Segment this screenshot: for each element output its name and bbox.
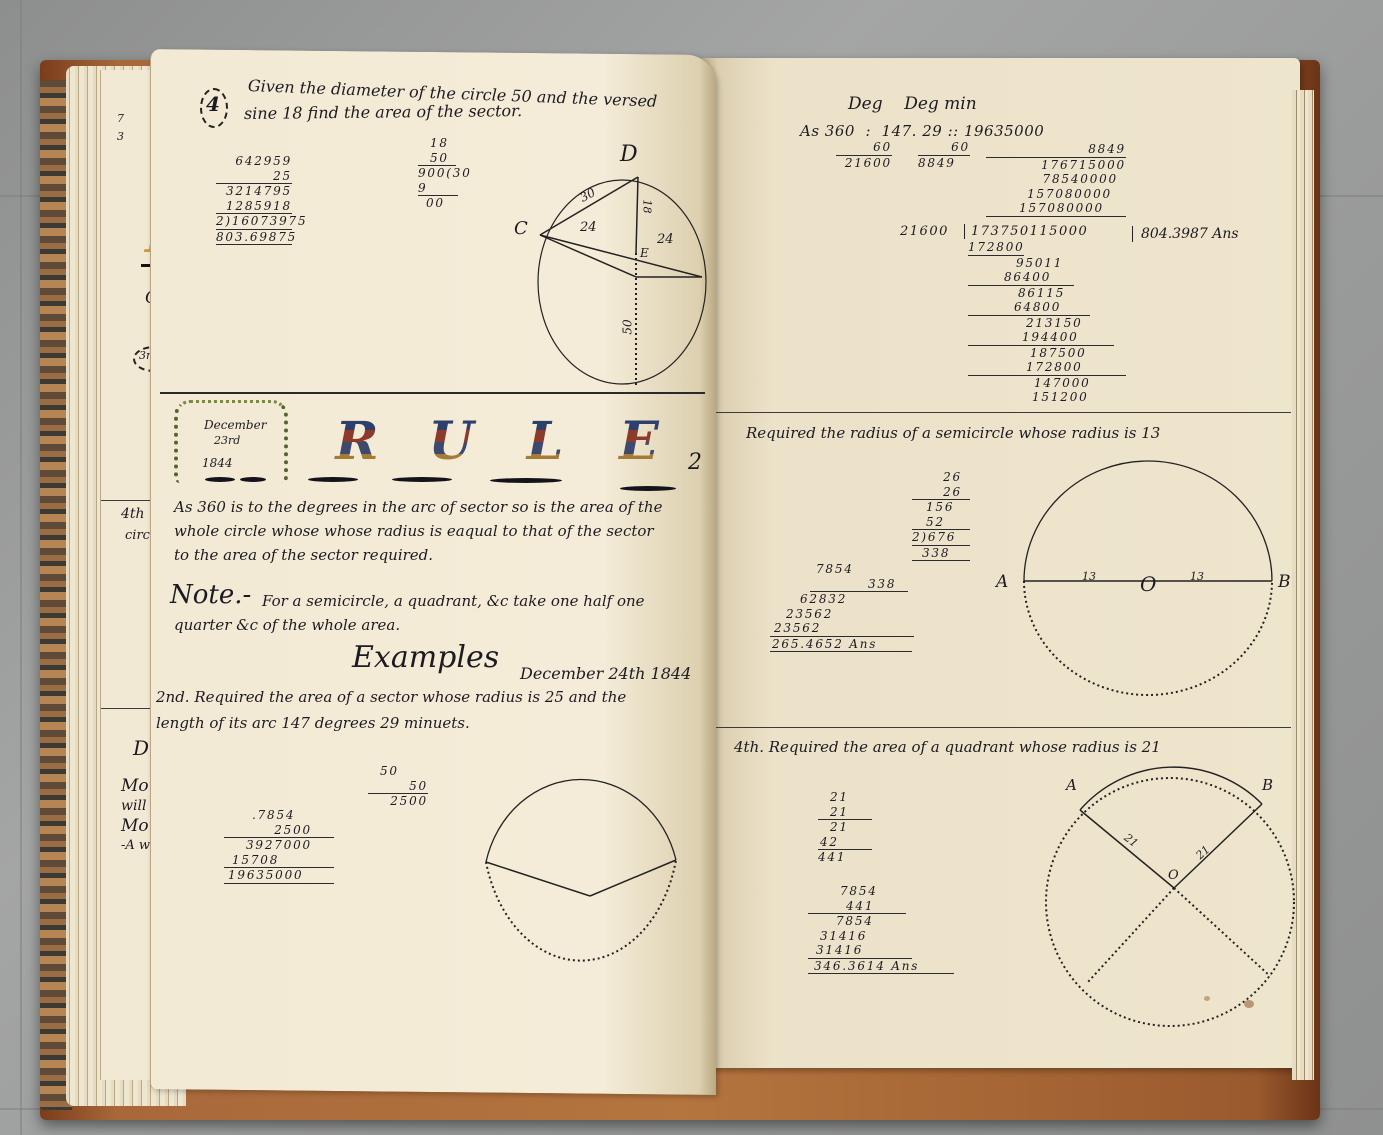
rule-letter: U xyxy=(412,418,490,466)
calc-line: 7854 xyxy=(808,914,938,929)
calculation-block: 8849 176715000 78540000 157080000 157080… xyxy=(986,142,1126,217)
figure-label-a: A xyxy=(1066,776,1077,794)
calc-line: 8849 xyxy=(986,142,1126,158)
calc-line: 3927000 xyxy=(224,838,334,853)
dividend: 173750115000 xyxy=(964,224,1088,239)
calc-line: 86115 xyxy=(968,286,1118,301)
calc-line: 31416 xyxy=(808,943,912,959)
calc-line: 2)16073975 xyxy=(216,214,292,230)
calc-line: 23562 xyxy=(770,621,914,637)
calc-line: 8849 xyxy=(918,156,970,171)
section-divider xyxy=(160,392,705,394)
calc-line: 78540000 xyxy=(986,172,1126,187)
problem-text: 4th. Required the area of a quadrant who… xyxy=(734,738,1161,756)
figure-label-c: C xyxy=(514,218,528,239)
calc-line: 31416 xyxy=(808,929,938,944)
calculation-block: 50 50 2500 xyxy=(368,764,428,809)
calc-line: 21 xyxy=(818,820,878,835)
underlying-fragment: 3 xyxy=(117,130,124,143)
figure-label-a: A xyxy=(996,572,1008,592)
calc-line: .7854 xyxy=(224,808,334,823)
calc-line: 21600 xyxy=(836,156,892,171)
proportion-line: As 360 : 147. 29 :: 19635000 xyxy=(800,122,1044,140)
examples-date: December 24th 1844 xyxy=(520,664,691,683)
calc-line: 2)676 xyxy=(912,530,970,546)
calculation-block: 21 21 21 42 441 xyxy=(818,790,878,865)
foxing-spot xyxy=(1244,1000,1254,1008)
examples-heading: Examples xyxy=(352,640,499,675)
calc-line: 147000 xyxy=(968,376,1118,391)
calc-line: 900(30 xyxy=(418,166,472,181)
rule-text-line: to the area of the sector required. xyxy=(174,546,433,564)
calc-line: 9 xyxy=(418,181,458,197)
proportion-answer: 804.3987 Ans xyxy=(1132,226,1239,242)
rule-letter: R xyxy=(318,418,396,466)
calc-line: 2500 xyxy=(368,794,428,809)
figure-label-b: B xyxy=(1262,776,1273,794)
calc-line: 1285918 xyxy=(216,199,292,215)
calc-line: 157080000 xyxy=(986,201,1126,217)
note-text-line: quarter &c of the whole area. xyxy=(174,616,400,634)
sector-diagram-versed-sine xyxy=(530,165,710,385)
calc-line: 52 xyxy=(912,515,970,531)
calc-line: 151200 xyxy=(968,390,1118,405)
calc-line: 21 xyxy=(818,790,878,805)
calc-line: 213150 xyxy=(968,316,1118,331)
calc-line: 338 xyxy=(912,546,970,562)
problem-text: Required the radius of a semicircle whos… xyxy=(746,424,1160,442)
measure-radius: 13 xyxy=(1082,570,1096,583)
calc-line: 95011 xyxy=(968,256,1118,271)
calc-line: 18 xyxy=(418,136,472,151)
calc-line: 19635000 xyxy=(224,868,334,884)
calc-line: 156 xyxy=(912,500,970,515)
calc-line: 7854 xyxy=(770,562,890,577)
calc-line: 265.4652 Ans xyxy=(770,637,912,653)
rule-date-day: 23rd xyxy=(214,434,240,447)
underlying-fragment: 4th xyxy=(121,506,145,522)
figure-label-e: E xyxy=(640,246,649,260)
calc-line: 2500 xyxy=(224,823,334,839)
long-division: 172800 95011 86400 86115 64800 213150 19… xyxy=(968,240,1118,405)
rule-letter: L xyxy=(506,418,584,466)
calc-line: 441 xyxy=(808,899,906,915)
calc-line: 187500 xyxy=(968,346,1118,361)
calc-line: 15708 xyxy=(224,853,334,869)
flourish xyxy=(620,486,676,491)
calc-line: 338 xyxy=(810,577,908,593)
calculation-block: 7854 338 62832 23562 23562 265.4652 Ans xyxy=(770,562,890,652)
rule-title: R U L E xyxy=(318,418,678,466)
proportion-header: Deg Deg min xyxy=(848,94,977,114)
measure-radius: 13 xyxy=(1190,570,1204,583)
rule-date-year: 1844 xyxy=(202,456,233,470)
underlying-fragment: will xyxy=(121,798,146,814)
figure-label-d: D xyxy=(620,142,638,167)
example-text-line: 2nd. Required the area of a sector whose… xyxy=(156,688,626,706)
quadrant-diagram xyxy=(1040,770,1310,1030)
calc-line: 346.3614 Ans xyxy=(808,959,954,975)
flourish xyxy=(240,477,266,482)
rule-letter: E xyxy=(600,418,678,466)
calculation-block: 60 8849 xyxy=(918,140,970,170)
calc-line: 50 xyxy=(368,764,428,779)
calc-line: 42 xyxy=(818,835,872,851)
calc-line: 3214795 xyxy=(216,184,292,199)
measure-radius: 50 xyxy=(621,319,635,334)
note-label: Note.- xyxy=(170,580,251,610)
calc-line: 642959 xyxy=(216,154,292,169)
figure-label-o: O xyxy=(1168,868,1179,883)
calc-line: 21 xyxy=(818,805,872,821)
calculation-block: 642959 25 3214795 1285918 2)16073975 803… xyxy=(216,154,292,245)
measure-versed-sine: 18 xyxy=(641,200,654,214)
flourish xyxy=(205,477,235,482)
example-text-line: length of its arc 147 degrees 29 minuets… xyxy=(156,714,470,732)
calc-line: 64800 xyxy=(968,300,1090,316)
calc-line: 26 xyxy=(912,470,970,485)
calculation-block: 60 21600 xyxy=(836,140,892,170)
note-text-line: For a semicircle, a quadrant, &c take on… xyxy=(262,592,645,610)
rule-date-month: December xyxy=(204,418,266,432)
photo-scene: 7 3 R Or 3rd 4th circu D Mou will Mou -A… xyxy=(0,0,1383,1135)
page-marker: 2 xyxy=(688,450,702,475)
problem-text-line: sine 18 find the area of the sector. xyxy=(244,101,522,123)
flourish xyxy=(308,477,358,482)
calc-line: 803.69875 xyxy=(216,230,292,246)
calculation-block: .7854 2500 3927000 15708 19635000 xyxy=(224,808,334,884)
measure-half-chord: 24 xyxy=(580,220,597,235)
calc-line: 25 xyxy=(216,169,292,185)
calc-line: 172800 xyxy=(968,360,1126,376)
section-divider xyxy=(716,412,1291,413)
measure-half-chord: 24 xyxy=(657,232,674,247)
section-divider xyxy=(716,727,1291,728)
calc-line: 60 xyxy=(918,140,970,156)
calc-line: 60 xyxy=(836,140,892,156)
calc-line: 172800 xyxy=(968,240,1024,256)
calc-line: 194400 xyxy=(968,330,1114,346)
rule-text-line: whole circle whose whose radius is eaqua… xyxy=(174,522,654,540)
calc-line: 176715000 xyxy=(986,158,1126,173)
calc-line: 441 xyxy=(818,850,878,865)
rule-text-line: As 360 is to the degrees in the arc of s… xyxy=(174,498,662,516)
sector-diagram-147-degrees xyxy=(478,780,688,1020)
divisor: 21600 xyxy=(900,224,949,239)
calc-line: 50 xyxy=(418,151,456,167)
calc-line: 86400 xyxy=(968,270,1074,286)
underlying-fragment: 7 xyxy=(117,112,124,125)
figure-label-o: O xyxy=(1140,572,1156,596)
calc-line: 50 xyxy=(368,779,428,795)
calculation-block: 18 50 900(30 9 00 xyxy=(418,136,472,211)
calculation-block: 26 26 156 52 2)676 338 xyxy=(912,470,970,561)
calc-line: 157080000 xyxy=(986,187,1126,202)
calc-line: 00 xyxy=(418,196,472,211)
floor-tile-seam xyxy=(20,0,22,1135)
foxing-spot xyxy=(1204,996,1210,1001)
flourish xyxy=(490,478,562,483)
calculation-block: 7854 441 7854 31416 31416 346.3614 Ans xyxy=(808,884,938,974)
problem-number: 4 xyxy=(206,92,220,116)
figure-label-b: B xyxy=(1278,572,1291,592)
calc-line: 26 xyxy=(912,485,970,501)
calc-line: 7854 xyxy=(808,884,938,899)
calc-line: 62832 xyxy=(770,592,890,607)
calc-line: 23562 xyxy=(770,607,890,622)
flourish xyxy=(392,477,452,482)
underlying-fragment: D xyxy=(133,736,149,760)
